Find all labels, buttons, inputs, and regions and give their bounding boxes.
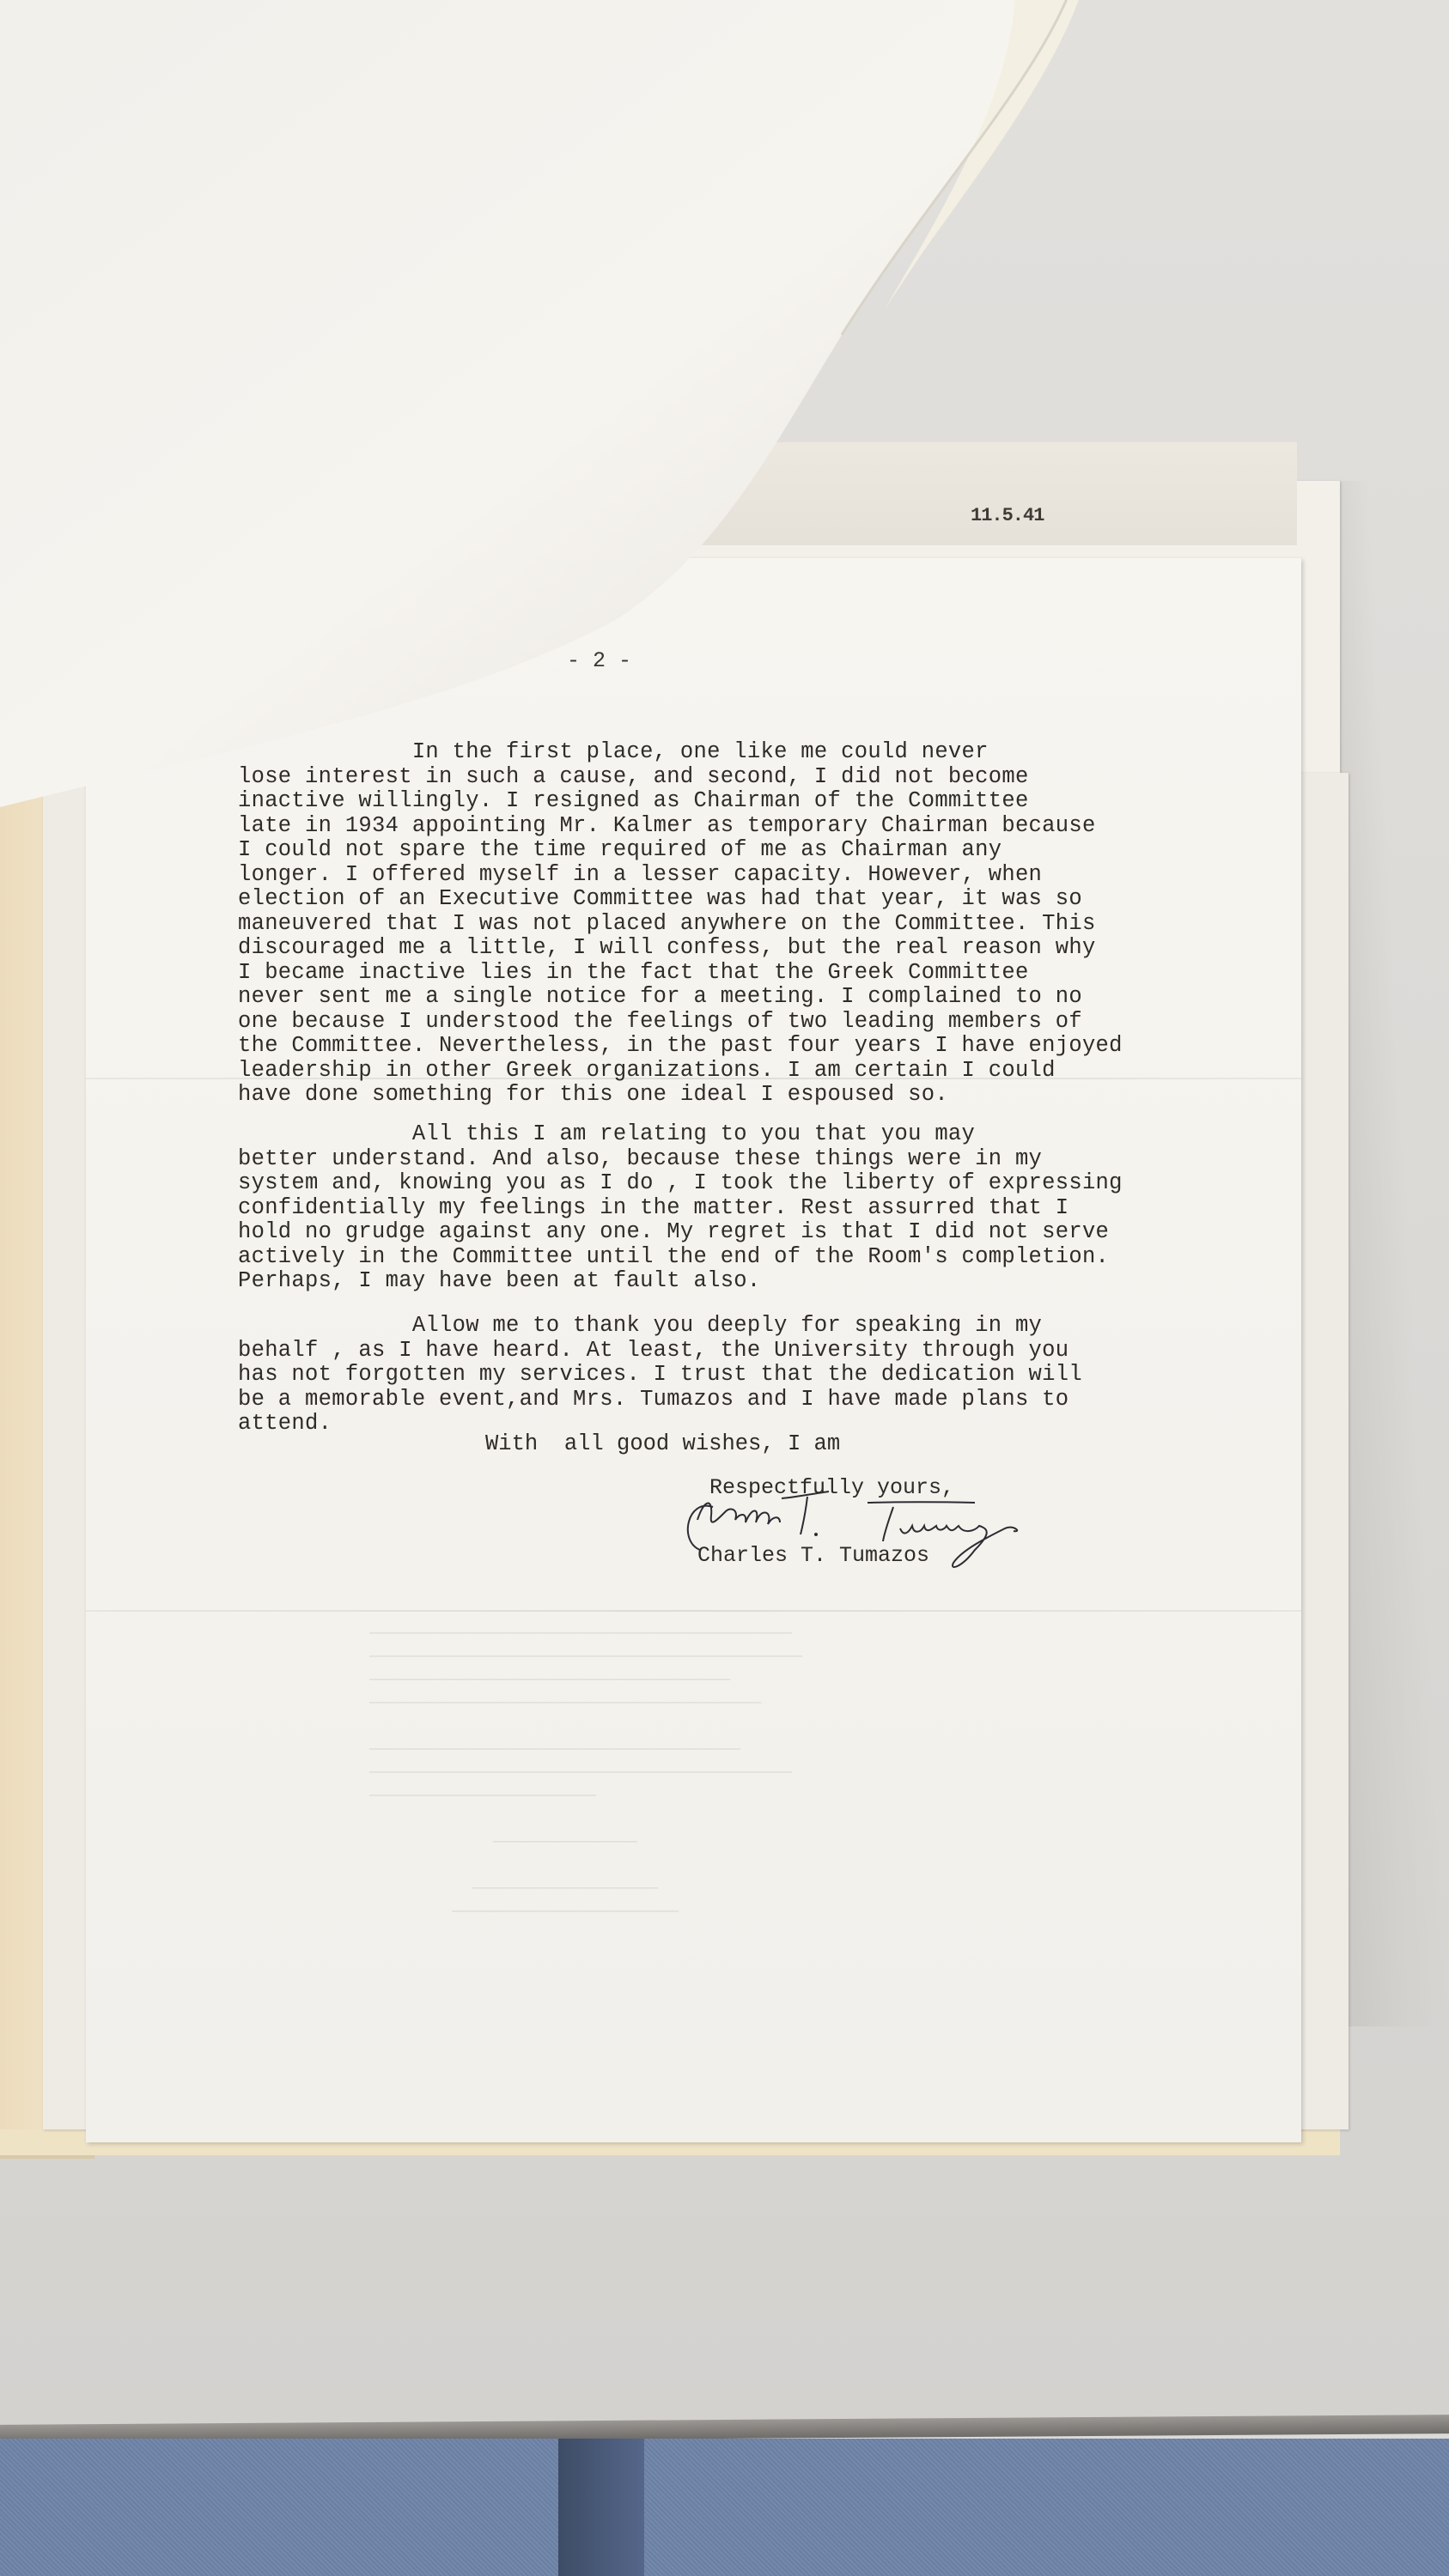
text-line: All this I am relating to you that you m… bbox=[238, 1122, 1286, 1147]
text-line: confidentially my feelings in the matter… bbox=[238, 1196, 1286, 1221]
text-line: longer. I offered myself in a lesser cap… bbox=[238, 863, 1286, 888]
text-line: leadership in other Greek organizations.… bbox=[238, 1059, 1286, 1084]
text-line: I became inactive lies in the fact that … bbox=[238, 961, 1286, 986]
paragraph-3: Allow me to thank you deeply for speakin… bbox=[238, 1314, 1286, 1437]
text-line: better understand. And also, because the… bbox=[238, 1147, 1286, 1172]
text-line: hold no grudge against any one. My regre… bbox=[238, 1220, 1286, 1245]
text-line: the Committee. Nevertheless, in the past… bbox=[238, 1034, 1286, 1059]
text-line: late in 1934 appointing Mr. Kalmer as te… bbox=[238, 814, 1286, 839]
text-line: Perhaps, I may have been at fault also. bbox=[238, 1269, 1286, 1294]
text-line: Allow me to thank you deeply for speakin… bbox=[238, 1314, 1286, 1339]
text-line: actively in the Committee until the end … bbox=[238, 1245, 1286, 1270]
fold-line bbox=[86, 1610, 1301, 1612]
text-line: behalf , as I have heard. At least, the … bbox=[238, 1339, 1286, 1364]
text-line: I could not spare the time required of m… bbox=[238, 838, 1286, 863]
text-line: discouraged me a little, I will confess,… bbox=[238, 936, 1286, 961]
text-line: maneuvered that I was not placed anywher… bbox=[238, 912, 1286, 937]
text-line: have done something for this one ideal I… bbox=[238, 1083, 1286, 1108]
closing-line: With all good wishes, I am bbox=[485, 1431, 840, 1456]
text-line: one because I understood the feelings of… bbox=[238, 1010, 1286, 1035]
curled-previous-page bbox=[0, 0, 1151, 807]
text-line: never sent me a single notice for a meet… bbox=[238, 985, 1286, 1010]
text-line: be a memorable event,and Mrs. Tumazos an… bbox=[238, 1388, 1286, 1413]
paragraph-2: All this I am relating to you that you m… bbox=[238, 1122, 1286, 1294]
typed-signature-name: Charles T. Tumazos bbox=[697, 1543, 929, 1568]
text-line: system and, knowing you as I do , I took… bbox=[238, 1171, 1286, 1196]
denim-fold-shadow bbox=[558, 2439, 644, 2576]
denim-lap bbox=[0, 2439, 1449, 2576]
bleed-through-text: ────────────────────────────────────────… bbox=[369, 1623, 1142, 1924]
text-line: has not forgotten my services. I trust t… bbox=[238, 1363, 1286, 1388]
text-line: election of an Executive Committee was h… bbox=[238, 887, 1286, 912]
